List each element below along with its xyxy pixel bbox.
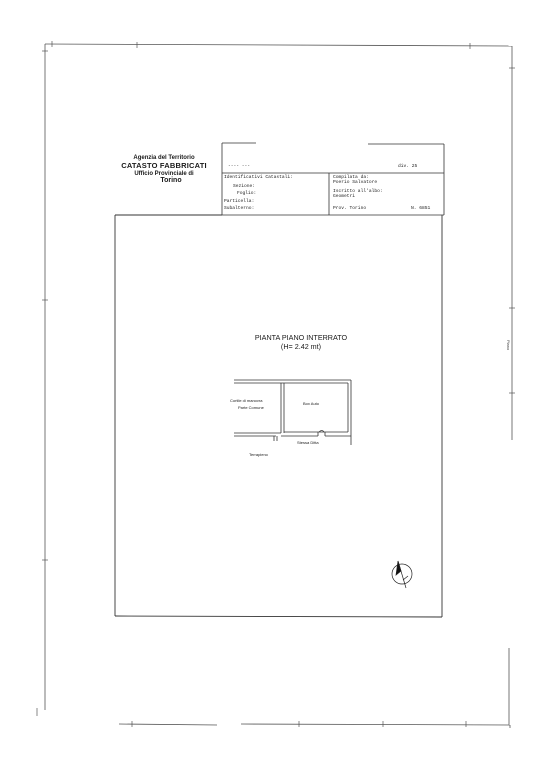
- form-top-right: div. 25: [398, 164, 417, 169]
- room-courtyard-sublabel: Parte Comune: [238, 405, 264, 410]
- plan-title-text: PIANTA PIANO INTERRATO: [236, 333, 366, 342]
- plan-title: PIANTA PIANO INTERRATO (H= 2.42 mt): [236, 333, 366, 351]
- room-courtyard-label: Cortile di manovra: [230, 398, 262, 403]
- floor-plan: [234, 380, 351, 445]
- register-value: Geometri: [333, 194, 355, 199]
- registration-number: N. 6851: [411, 206, 430, 211]
- province: Prov. Torino: [333, 206, 366, 211]
- compiled-by-name: Poerio Salvatore: [333, 180, 377, 185]
- field-foglio: Foglio:: [237, 191, 256, 196]
- form-top-left: ---- ---: [228, 164, 250, 169]
- office-name: Ufficio Provinciale di: [110, 171, 218, 178]
- room-garage-label: Box Auto: [303, 401, 319, 406]
- same-owner-label: Stessa Ditta: [297, 440, 319, 445]
- field-subalterno: Subalterno:: [224, 206, 254, 211]
- inner-frame: [115, 215, 442, 617]
- identifiers-title: Identificativi Catastali:: [224, 175, 293, 180]
- field-particella: Particella:: [224, 199, 254, 204]
- drawing-sheet: [0, 0, 543, 768]
- field-sezione: Sezione:: [233, 184, 255, 189]
- agency-header: Agenzia del Territorio CATASTO FABBRICAT…: [110, 155, 218, 185]
- margin-note: Piano: [506, 340, 511, 350]
- office-city: Torino: [110, 177, 218, 185]
- registry-name: CATASTO FABBRICATI: [110, 162, 218, 171]
- north-arrow-icon: [392, 561, 412, 588]
- embankment-label: Terrapieno: [249, 452, 268, 457]
- plan-height-note: (H= 2.42 mt): [236, 342, 366, 351]
